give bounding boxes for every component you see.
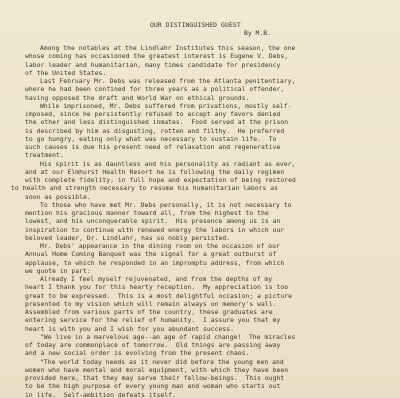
text-line: lowest, and his unconquerable spirit. Hi…	[25, 218, 395, 226]
document-title: OUR DISTINGUISHED GUEST	[150, 21, 241, 29]
text-line: Annual Home Coming Banquet was the signa…	[25, 251, 395, 259]
text-line: applause, to which he responded in an im…	[25, 260, 395, 268]
text-line: we quote in part:	[25, 268, 395, 276]
text-line: to be the high purpose of every young ma…	[25, 383, 395, 391]
text-line: "We live in a marvelous age--an age of r…	[25, 334, 395, 342]
text-line: labor leader and humanitarian, many time…	[25, 62, 395, 70]
text-line: Last February Mr. Debs was released from…	[25, 78, 395, 86]
text-line: whose coming has occasioned the greatest…	[25, 53, 395, 61]
document-byline: By M.B.	[244, 29, 271, 37]
text-line: Already I feel myself rejuvenated, and f…	[25, 276, 395, 284]
text-line: heart I thank you for this hearty recept…	[25, 284, 395, 292]
text-line: "The world today needs as it never did b…	[25, 359, 395, 367]
article-body: Among the notables at the Lindlahr Insti…	[25, 45, 395, 398]
typewritten-page: OUR DISTINGUISHED GUEST By M.B. Among th…	[0, 0, 400, 398]
text-line: heart is with you and I wish for you abu…	[25, 326, 395, 334]
text-line: Among the notables at the Lindlahr Insti…	[25, 45, 395, 53]
text-line: mention his gracious manner toward all, …	[25, 210, 395, 218]
text-line: of today are commonplace of tomorrow. Ol…	[25, 342, 395, 350]
text-line: provided here, that they may serve their…	[25, 375, 395, 383]
text-line: Assembled from various parts of the coun…	[25, 309, 395, 317]
text-line: and a new social order is evolving from …	[25, 350, 395, 358]
text-line: to go hungry, eating only what was neces…	[25, 136, 395, 144]
text-line: in life. Self-ambition defeats itself.	[25, 392, 395, 398]
text-line: women who have mental and moral equipmen…	[25, 367, 395, 375]
text-line: great to be expressed. This is a most de…	[25, 293, 395, 301]
text-line: presented to my vision which will remain…	[25, 301, 395, 309]
text-line: His spirit is as dauntless and his perso…	[25, 161, 395, 169]
text-line: entering service for the relief of human…	[25, 317, 395, 325]
text-line: soon as possible.	[25, 194, 395, 202]
text-line: with complete fidelity, in full hope and…	[25, 177, 395, 185]
text-line: To those who have met Mr. Debs personall…	[25, 202, 395, 210]
text-line: where he had been confined for three yea…	[25, 86, 395, 94]
text-line: having opposed the draft and World War o…	[25, 95, 395, 103]
text-line: imposed, since he persistently refused t…	[25, 111, 395, 119]
text-line: beloved leader, Dr. Lindlahr, has so nob…	[25, 235, 395, 243]
text-line: of the United States.	[25, 70, 395, 78]
text-line: and at our Elmhurst Health Resort he is …	[25, 169, 395, 177]
text-line: Mr. Debs' appearance in the dining room …	[25, 243, 395, 251]
text-line: inspiration to continue with renewed ene…	[25, 227, 395, 235]
text-line: treatment.	[25, 152, 395, 160]
text-line: such causes is due his present need of r…	[25, 144, 395, 152]
text-line: is described by him as disgusting, rotte…	[25, 128, 395, 136]
text-line: While imprisoned, Mr. Debs suffered from…	[25, 103, 395, 111]
text-line: to health and strength necessary to resu…	[11, 185, 395, 193]
text-line: the other and less distinguished inmates…	[25, 119, 395, 127]
